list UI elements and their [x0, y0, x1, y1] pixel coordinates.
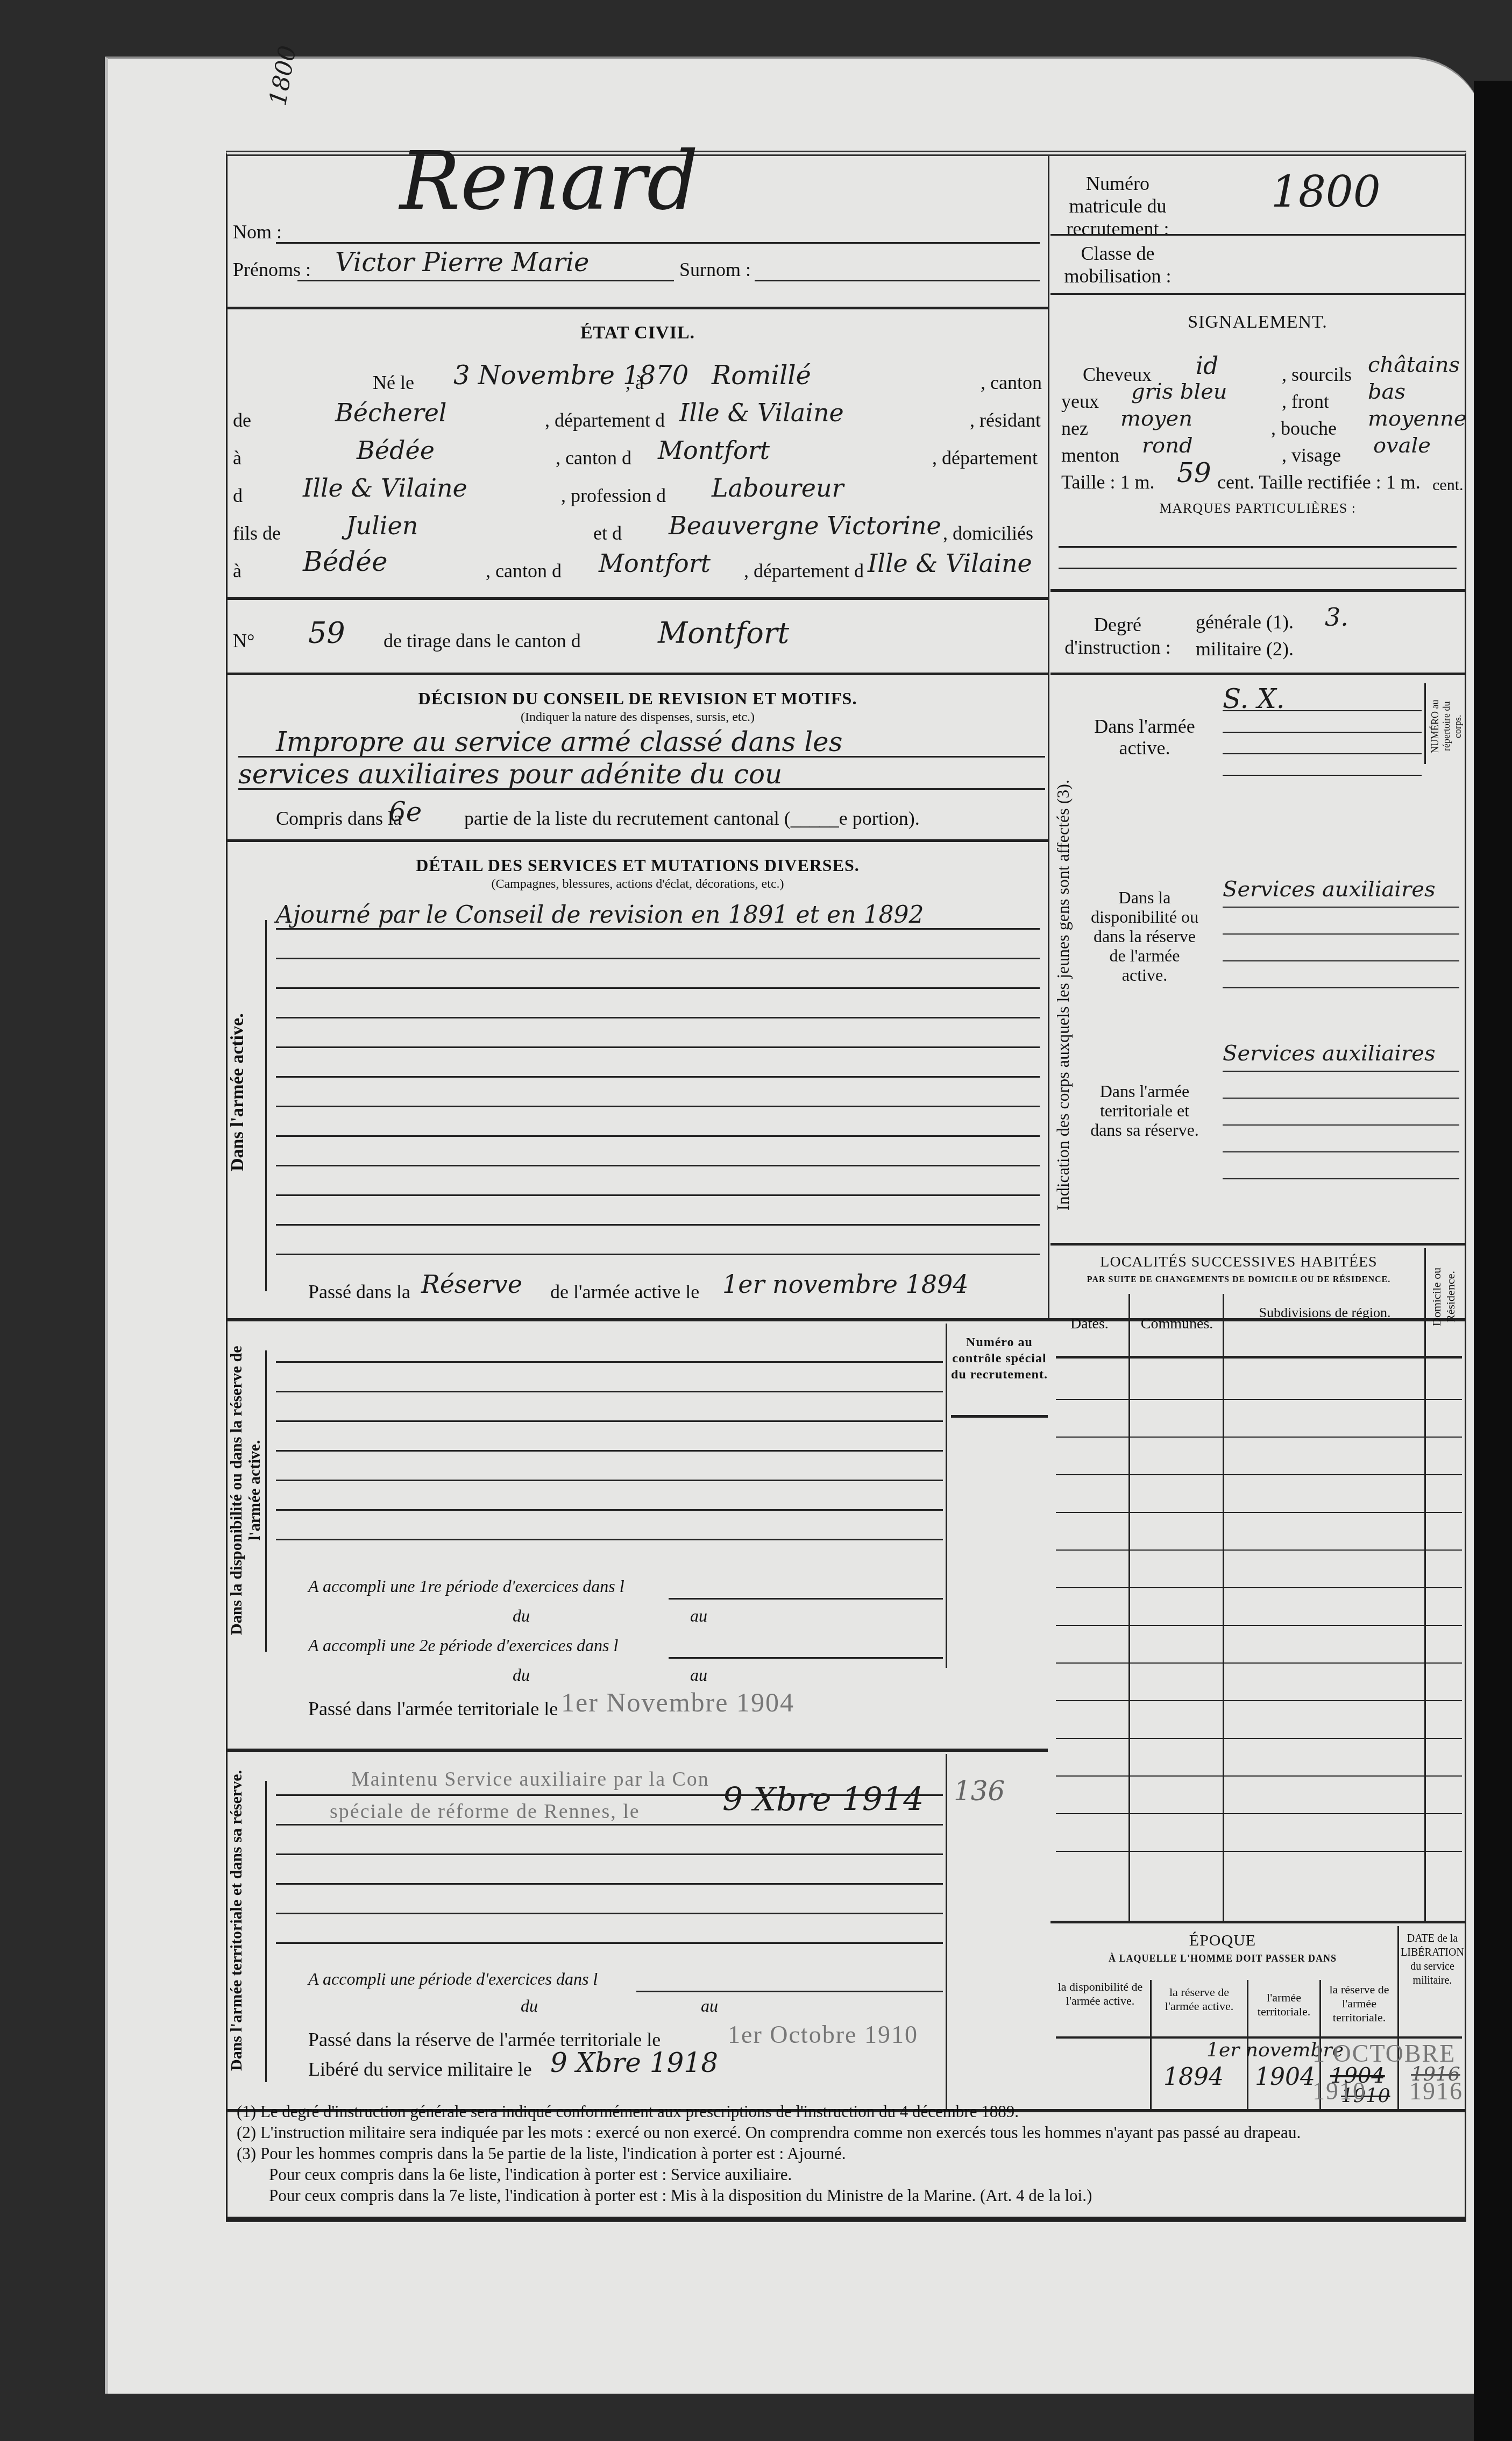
birth-departement: Ille & Vilaine: [679, 398, 844, 427]
writing-line: [276, 1824, 943, 1826]
cheveux-value: id: [1196, 352, 1218, 380]
writing-line: [1223, 987, 1459, 988]
writing-line: [636, 1991, 943, 1992]
divider: [1056, 1356, 1462, 1359]
writing-line: [276, 1046, 1040, 1048]
domicilies-label: , domiciliés: [943, 522, 1033, 544]
yeux-label: yeux: [1061, 390, 1099, 413]
writing-line: [276, 987, 1040, 989]
writing-line: [276, 1254, 1040, 1255]
writing-line: [276, 1853, 943, 1855]
divider: [1050, 1921, 1465, 1923]
son-of-label: fils de: [233, 522, 281, 544]
matricule-value: 1800: [1271, 167, 1381, 217]
localites-title: LOCALITÉS SUCCESSIVES HABITÉES: [1050, 1254, 1427, 1271]
writing-line: [276, 1361, 943, 1363]
nez-value: moyen: [1120, 406, 1192, 431]
canton-d-label: , canton d: [486, 560, 562, 582]
writing-line: [1059, 546, 1457, 548]
row-line: [1056, 1700, 1462, 1701]
row-line: [1056, 1549, 1462, 1551]
col-reserve-active: la réserve de l'armée active.: [1152, 1985, 1247, 2013]
reforme-date: 9 Xbre 1914: [722, 1781, 924, 1819]
passe-reserve-terr-date: 1er Octobre 1910: [728, 2020, 918, 2049]
territoriale-side-label: Dans l'armée territoriale et dans sa rés…: [228, 1770, 265, 2071]
row-line: [1056, 1625, 1462, 1626]
divider: [1050, 293, 1465, 295]
writing-line: [276, 1076, 1040, 1078]
instruction-label: Degré d'instruction :: [1059, 613, 1177, 659]
writing-line: [1223, 1098, 1459, 1099]
footnote-1: (1) Le degré d'instruction générale sera…: [237, 2101, 1463, 2122]
writing-line: [238, 756, 1045, 758]
decision-line-1: Impropre au service armé classé dans les: [276, 726, 842, 758]
decision-line-2: services auxiliaires pour adénite du cou: [238, 759, 782, 790]
bracket: [265, 920, 267, 1291]
front-label: , front: [1282, 390, 1329, 413]
taille-rectifiee-label: cent. Taille rectifiée : 1 m.: [1217, 471, 1421, 493]
born-label: Né le: [373, 371, 414, 394]
writing-line: [276, 1480, 943, 1481]
au-label: au: [690, 1665, 707, 1685]
writing-line: [276, 1194, 1040, 1196]
and-of-label: et d: [593, 522, 622, 544]
residant-label: , résidant: [970, 409, 1041, 431]
mother-name: Beauvergne Victorine: [669, 511, 941, 540]
bouche-label: , bouche: [1271, 417, 1337, 440]
taille-label: Taille : 1 m.: [1061, 471, 1154, 493]
firstnames-line: [297, 280, 674, 281]
de-label: de: [233, 409, 251, 431]
etat-civil-title: ÉTAT CIVIL.: [228, 323, 1048, 343]
services-title: DÉTAIL DES SERVICES ET MUTATIONS DIVERSE…: [228, 855, 1048, 875]
divider: [228, 673, 1048, 675]
column-divider: [1048, 156, 1049, 1318]
row-line: [1056, 1512, 1462, 1513]
canton-label: , canton: [981, 371, 1042, 394]
nickname-label: Surnom :: [679, 258, 751, 281]
passe-reserve-mid: de l'armée active le: [550, 1280, 699, 1303]
decision-title: DÉCISION DU CONSEIL DE REVISION ET MOTIF…: [228, 689, 1048, 709]
dispo-side-label: Dans la disponibilité ou dans la réserve…: [228, 1340, 265, 1641]
footnote-3c: Pour ceux compris dans la 7e liste, l'in…: [237, 2185, 1463, 2206]
book-spine: [1474, 81, 1512, 2441]
periode1-label: A accompli une 1re période d'exercices d…: [308, 1576, 624, 1596]
column-divider: [946, 1754, 947, 2109]
corps-active-label: Dans l'armée active.: [1085, 716, 1204, 759]
numero-repertoire-label: NUMÉRO au répertoire du corps.: [1430, 689, 1462, 764]
writing-line: [276, 1794, 943, 1796]
surname-value: Renard: [400, 135, 698, 228]
military-register-form: Renard Nom : Prénoms : Victor Pierre Mar…: [226, 151, 1466, 2222]
writing-line: [1223, 775, 1422, 776]
au-label: au: [690, 1606, 707, 1626]
row-line: [1056, 1662, 1462, 1664]
parents-departement: Ille & Vilaine: [868, 549, 1032, 578]
col-liberation: DATE de la LIBÉRATION du service militai…: [1400, 1931, 1465, 1987]
column-divider: [1397, 1926, 1399, 2109]
writing-line: [276, 1420, 943, 1422]
visage-value: ovale: [1373, 433, 1431, 458]
classe-label: Classe de mobilisation :: [1059, 242, 1177, 287]
surname-line: [276, 242, 1040, 244]
divider: [1050, 234, 1465, 236]
residence-departement: Ille & Vilaine: [303, 473, 467, 503]
writing-line: [276, 1106, 1040, 1107]
writing-line: [1223, 1124, 1459, 1126]
marques-title: MARQUES PARTICULIÈRES :: [1050, 500, 1465, 516]
writing-line: [276, 1509, 943, 1511]
column-divider: [1223, 1294, 1224, 1921]
numero-controle-label: Numéro au contrôle spécial du recrutemen…: [951, 1334, 1048, 1383]
row-line: [1056, 1437, 1462, 1438]
du-label: du: [513, 1606, 530, 1626]
divider: [1050, 673, 1465, 675]
epoque-title: ÉPOQUE: [1050, 1931, 1395, 1950]
row-line: [1056, 1813, 1462, 1814]
writing-line: [1223, 1071, 1459, 1072]
bottom-border: [226, 2217, 1466, 2221]
epoque-reserve-active: 1894: [1163, 2063, 1224, 2091]
writing-line: [1223, 907, 1459, 908]
cent-label: cent.: [1432, 476, 1463, 494]
decision-subtitle: (Indiquer la nature des dispenses, sursi…: [228, 710, 1048, 725]
writing-line: [1223, 933, 1459, 935]
corps-territoriale-label: Dans l'armée territoriale et dans sa rés…: [1085, 1081, 1204, 1140]
divider: [228, 597, 1048, 600]
row-line: [1056, 1587, 1462, 1588]
column-divider: [946, 1324, 947, 1668]
writing-line: [1223, 960, 1459, 961]
divider: [228, 1749, 1048, 1752]
tirage-no-label: N°: [233, 629, 254, 652]
taille-value: 59: [1177, 457, 1211, 489]
writing-line: [276, 1165, 1040, 1166]
parents-canton: Montfort: [599, 549, 711, 578]
compris-label: Compris dans la: [276, 807, 402, 830]
writing-line: [276, 1224, 1040, 1226]
birth-canton: Bécherel: [335, 398, 447, 427]
writing-line: [276, 1942, 943, 1944]
periode2-label: A accompli une 2e période d'exercices da…: [308, 1636, 618, 1655]
father-name: Julien: [346, 511, 418, 540]
departement-label: , département d: [545, 409, 665, 431]
parents-residence: Bédée: [303, 546, 388, 577]
d-label: d: [233, 484, 243, 507]
corps-side-label: Indication des corps auxquels les jeunes…: [1053, 689, 1083, 1302]
row-line: [1056, 1738, 1462, 1739]
corps-dispo-value: Services auxiliaires: [1223, 877, 1435, 902]
compris-suffix: partie de la liste du recrutement canton…: [464, 807, 920, 830]
passe-reserve-value: Réserve: [421, 1270, 522, 1299]
services-subtitle: (Campagnes, blessures, actions d'éclat, …: [228, 877, 1048, 892]
writing-line: [1223, 732, 1422, 733]
at-label: , à: [626, 371, 644, 394]
writing-line: [276, 928, 1040, 930]
canton-d-label: , canton d: [556, 447, 631, 469]
corps-dispo-label: Dans la disponibilité ou dans la réserve…: [1085, 888, 1204, 985]
profession: Laboureur: [712, 473, 844, 503]
corps-territoriale-value: Services auxiliaires: [1223, 1041, 1435, 1066]
sourcils-value: châtains: [1368, 352, 1460, 377]
instruction-generale-label: générale (1).: [1196, 611, 1294, 633]
bracket: [265, 1781, 267, 2082]
row-line: [1056, 1775, 1462, 1777]
libere-date: 9 Xbre 1918: [550, 2047, 718, 2078]
instruction-generale-value: 3.: [1325, 603, 1348, 632]
writing-line: [276, 1883, 943, 1885]
writing-line: [1059, 568, 1457, 569]
yeux-value: gris bleu: [1131, 379, 1227, 404]
signalement-title: SIGNALEMENT.: [1050, 312, 1465, 332]
firstnames-label: Prénoms :: [233, 258, 311, 281]
surname-label: Nom :: [233, 221, 282, 243]
birth-date: 3 Novembre 1870: [453, 360, 688, 391]
passe-territoriale-label: Passé dans l'armée territoriale le: [308, 1697, 558, 1720]
epoque-territoriale: 1904: [1255, 2063, 1315, 2091]
maintenu-stamp: Maintenu Service auxiliaire par la Con: [351, 1767, 709, 1791]
periode-terr-label: A accompli une période d'exercices dans …: [308, 1969, 598, 1989]
profession-label: , profession d: [561, 484, 666, 507]
footnote-2: (2) L'instruction militaire sera indiqué…: [237, 2122, 1463, 2143]
divider: [1050, 1243, 1465, 1246]
col-reserve-territoriale: la réserve de l'armée territoriale.: [1321, 1983, 1397, 2025]
writing-line: [276, 1017, 1040, 1018]
writing-line: [1223, 1178, 1459, 1179]
controle-number: 136: [954, 1775, 1005, 1807]
writing-line: [276, 1135, 1040, 1137]
epoque-subtitle: À LAQUELLE L'HOMME DOIT PASSER DANS: [1050, 1953, 1395, 1964]
tirage-canton: Montfort: [658, 616, 789, 650]
tirage-label: de tirage dans le canton d: [384, 629, 581, 652]
writing-line: [276, 1391, 943, 1392]
footnote-3b: Pour ceux compris dans la 6e liste, l'in…: [237, 2164, 1463, 2185]
birth-place: Romillé: [712, 360, 811, 391]
col-territoriale: l'armée territoriale.: [1248, 1991, 1319, 2019]
col-dates: Dates.: [1050, 1315, 1128, 1333]
a-label: à: [233, 447, 242, 469]
divider: [228, 839, 1048, 842]
instruction-militaire-label: militaire (2).: [1196, 638, 1294, 660]
divider: [1050, 589, 1465, 592]
row-line: [1056, 1851, 1462, 1852]
passe-reserve-label: Passé dans la: [308, 1280, 410, 1303]
residence-canton: Montfort: [658, 436, 770, 465]
row-line: [1056, 1399, 1462, 1400]
tirage-number: 59: [308, 616, 345, 650]
au-label: au: [701, 1996, 718, 2016]
divider: [1056, 2036, 1462, 2039]
writing-line: [1223, 1151, 1459, 1152]
residence: Bédée: [357, 436, 435, 465]
menton-value: rond: [1142, 433, 1193, 458]
partie-value: 6e: [389, 796, 422, 827]
active-army-side-label: Dans l'armée active.: [228, 904, 260, 1280]
passe-reserve-date: 1er novembre 1894: [722, 1270, 969, 1299]
departement-label: , département: [932, 447, 1038, 469]
col-communes: Communes.: [1131, 1315, 1223, 1333]
du-label: du: [513, 1665, 530, 1685]
footnotes: (1) Le degré d'instruction générale sera…: [237, 2101, 1463, 2206]
active-entry: Ajourné par le Conseil de revision en 18…: [276, 901, 924, 929]
du-label: du: [521, 1996, 538, 2016]
column-divider: [1424, 683, 1426, 764]
visage-label: , visage: [1282, 444, 1341, 466]
writing-line: [669, 1657, 943, 1659]
firstnames-value: Victor Pierre Marie: [335, 247, 590, 278]
col-disponibilite: la disponibilité de l'armée active.: [1050, 1980, 1150, 2008]
row-line: [1056, 1474, 1462, 1475]
nickname-line: [755, 280, 1040, 281]
libere-label: Libéré du service militaire le: [308, 2058, 532, 2081]
bouche-value: moyenne: [1368, 406, 1466, 431]
domicile-side-label: Domicile ou Résidence.: [1430, 1254, 1459, 1340]
divider: [228, 307, 1048, 309]
writing-line: [1223, 710, 1422, 711]
front-value: bas: [1368, 379, 1405, 404]
footnote-3: (3) Pour les hommes compris dans la 5e p…: [237, 2143, 1463, 2164]
menton-label: menton: [1061, 444, 1119, 466]
passe-territoriale-date: 1er Novembre 1904: [561, 1687, 794, 1718]
departement-label: , département d: [744, 560, 864, 582]
sourcils-label: , sourcils: [1282, 363, 1352, 386]
column-divider: [1128, 1294, 1130, 1921]
writing-line: [276, 1450, 943, 1452]
col-subdivisions: Subdivisions de région.: [1225, 1305, 1424, 1321]
writing-line: [1223, 753, 1422, 754]
a-label: à: [233, 560, 242, 582]
writing-line: [238, 788, 1045, 790]
writing-line: [276, 1913, 943, 1914]
octobre-stamp: 1 OCTOBRE: [1312, 2039, 1456, 2068]
reforme-stamp: spéciale de réforme de Rennes, le: [330, 1800, 640, 1823]
divider: [951, 1415, 1048, 1418]
writing-line: [669, 1598, 943, 1600]
column-divider: [1424, 1248, 1426, 1921]
writing-line: [276, 958, 1040, 959]
localites-subtitle: PAR SUITE DE CHANGEMENTS DE DOMICILE OU …: [1050, 1275, 1427, 1285]
matricule-label: Numéro matricule du recrutement :: [1059, 172, 1177, 240]
bracket: [265, 1350, 267, 1652]
writing-line: [276, 1539, 943, 1540]
nez-label: nez: [1061, 417, 1088, 440]
